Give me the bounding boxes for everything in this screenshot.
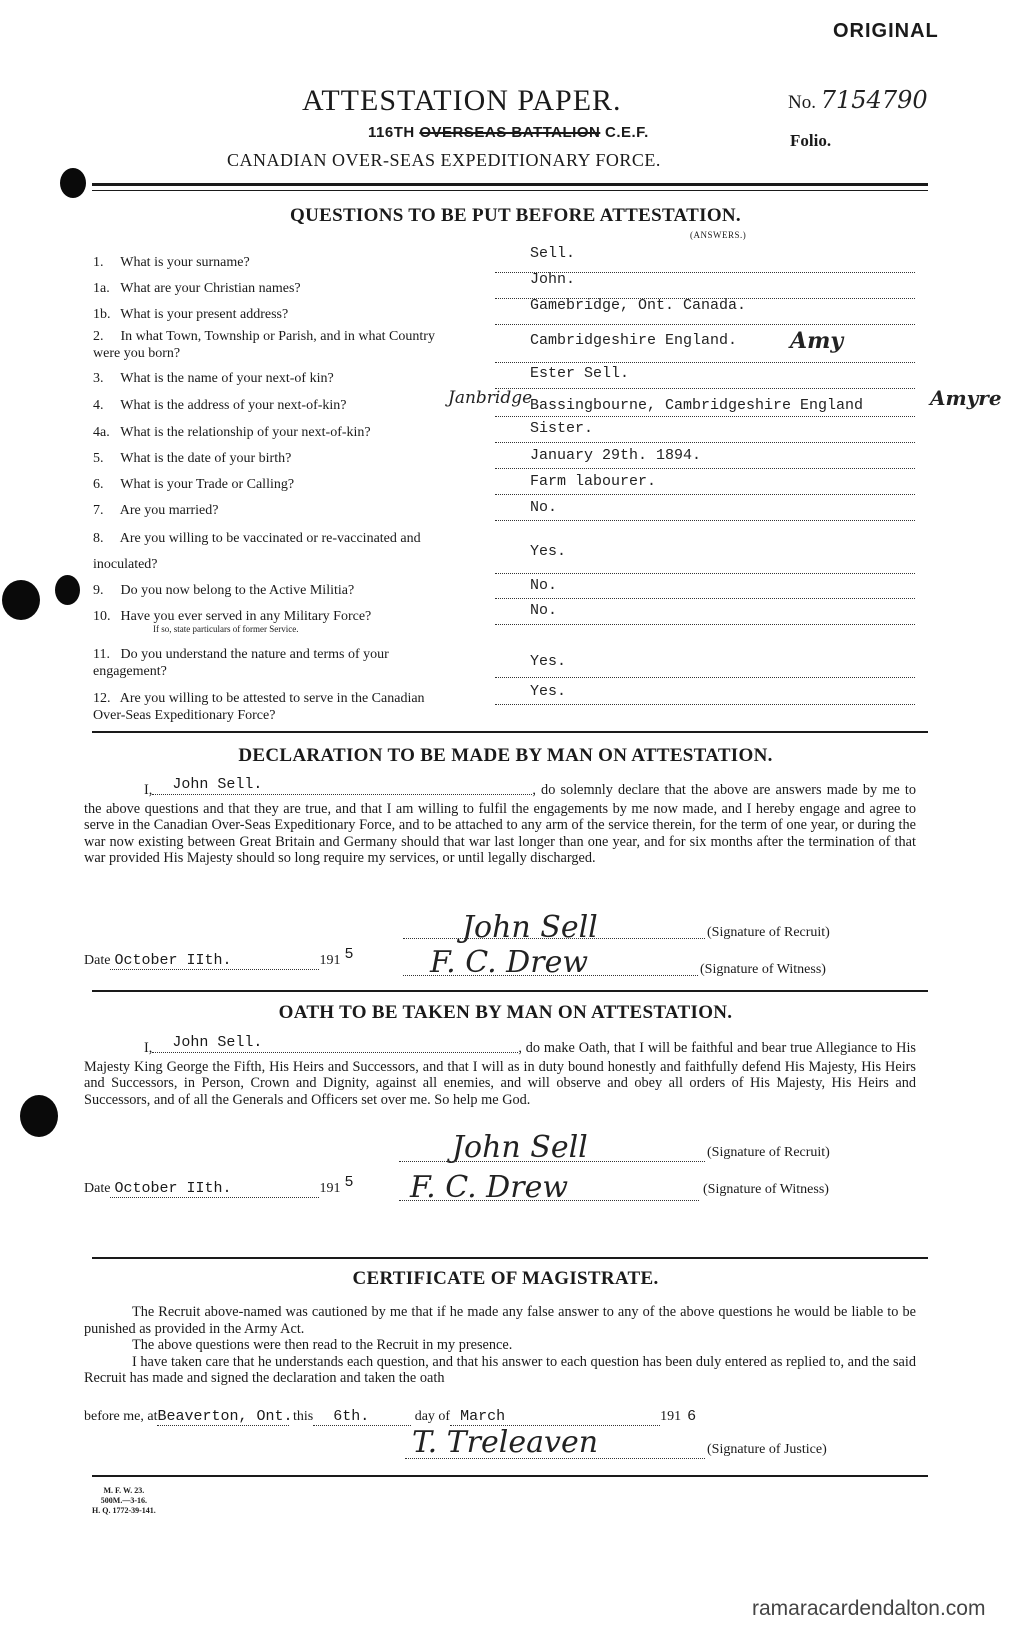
form-code: M. F. W. 23. 500M.—3-16. H. Q. 1772-39-1… xyxy=(92,1486,156,1516)
oath-witness-sig-line xyxy=(399,1200,699,1201)
answers-header: (ANSWERS.) xyxy=(690,230,746,240)
answer-line-11 xyxy=(495,677,915,678)
answer-6: Farm labourer. xyxy=(530,473,656,490)
punch-hole-middle-right xyxy=(55,575,80,605)
question-7: 7. Are you married? xyxy=(93,498,473,524)
answer-2: Cambridgeshire England. xyxy=(530,332,737,349)
question-8: 8. Are you willing to be vaccinated or r… xyxy=(93,526,463,578)
handwritten-prefix-q4: Janbridge xyxy=(448,388,532,408)
answer-line-6 xyxy=(495,494,915,495)
magistrate-day: 6th. xyxy=(313,1408,411,1426)
question-1b: 1b. What is your present address? xyxy=(93,302,473,328)
handwritten-initials-q2: Amy xyxy=(790,328,843,354)
magistrate-para-1: The Recruit above-named was cautioned by… xyxy=(84,1304,916,1337)
justice-sig-line xyxy=(405,1458,705,1459)
oath-bottom-rule xyxy=(92,1257,928,1259)
number-label: No. xyxy=(788,92,816,113)
answer-line-4a xyxy=(495,442,915,443)
answer-1: Sell. xyxy=(530,245,575,262)
question-6: 6. What is your Trade or Calling? xyxy=(93,472,473,498)
justice-label: (Signature of Justice) xyxy=(707,1442,827,1458)
answer-line-2 xyxy=(495,362,915,363)
declaration-prefix: I, xyxy=(84,782,152,798)
declaration-body: , do solemnly declare that the above are… xyxy=(84,782,916,866)
magistrate-section-title: CERTIFICATE OF MAGISTRATE. xyxy=(0,1268,1011,1290)
regimental-number: No. 7154790 xyxy=(788,86,928,114)
unit-designation: 116TH OVERSEAS BATTALION C.E.F. xyxy=(368,124,649,141)
number-value: 7154790 xyxy=(821,86,928,114)
declaration-recruit-label: (Signature of Recruit) xyxy=(707,925,830,941)
answer-line-10 xyxy=(495,624,915,625)
answer-7: No. xyxy=(530,499,557,516)
folio-label: Folio. xyxy=(790,131,831,151)
question-11: 11. Do you understand the nature and ter… xyxy=(93,646,463,680)
question-1: 1. What is your surname? xyxy=(93,250,473,276)
answer-line-1b xyxy=(495,324,915,325)
handwritten-initials-q4: Amyre xyxy=(930,386,1002,410)
header-rule-thin xyxy=(92,190,928,191)
magistrate-place: Beaverton, Ont. xyxy=(157,1408,289,1426)
magistrate-text: The Recruit above-named was cautioned by… xyxy=(84,1304,916,1387)
declaration-witness-label: (Signature of Witness) xyxy=(700,962,826,978)
answer-1a: John. xyxy=(530,271,575,288)
declaration-witness-sig-line xyxy=(403,975,698,976)
answer-line-8 xyxy=(495,573,915,574)
question-2: 2. In what Town, Township or Parish, and… xyxy=(93,328,463,362)
force-name: CANADIAN OVER-SEAS EXPEDITIONARY FORCE. xyxy=(227,150,661,171)
answer-line-7 xyxy=(495,520,915,521)
answer-line-5 xyxy=(495,468,915,469)
question-10: 10. Have you ever served in any Military… xyxy=(93,604,483,634)
punch-hole-lower xyxy=(20,1095,58,1137)
declaration-date-value: October IIth. xyxy=(110,952,319,970)
oath-witness-label: (Signature of Witness) xyxy=(703,1182,829,1198)
answer-line-9 xyxy=(495,598,915,599)
magistrate-month: March xyxy=(450,1408,660,1426)
answer-9: No. xyxy=(530,577,557,594)
declaration-name: John Sell. xyxy=(152,777,532,795)
answer-5: January 29th. 1894. xyxy=(530,447,701,464)
magistrate-para-3: I have taken care that he understands ea… xyxy=(84,1354,916,1387)
answer-8: Yes. xyxy=(530,543,566,560)
unit-prefix: 116TH xyxy=(368,124,415,141)
original-stamp: ORIGINAL xyxy=(833,20,939,43)
website-watermark: ramaracardendalton.com xyxy=(752,1597,985,1621)
declaration-text: I,John Sell., do solemnly declare that t… xyxy=(84,782,916,867)
declaration-date: DateOctober IIth.1915 xyxy=(84,952,353,970)
unit-suffix: C.E.F. xyxy=(605,124,649,141)
answer-3: Ester Sell. xyxy=(530,365,629,382)
answer-line-4 xyxy=(495,416,915,417)
answer-10: No. xyxy=(530,602,557,619)
oath-section-title: OATH TO BE TAKEN BY MAN ON ATTESTATION. xyxy=(0,1002,1011,1024)
answer-line-12 xyxy=(495,704,915,705)
oath-prefix: I, xyxy=(84,1040,152,1056)
oath-date-value: October IIth. xyxy=(110,1180,319,1198)
answer-4a: Sister. xyxy=(530,420,593,437)
header-rule xyxy=(92,183,928,186)
oath-recruit-sig-line xyxy=(399,1161,705,1162)
magistrate-para-2: The above questions were then read to th… xyxy=(84,1337,916,1354)
answer-1b: Gamebridge, Ont. Canada. xyxy=(530,297,746,314)
punch-hole-middle-left xyxy=(2,580,40,620)
question-4a: 4a. What is the relationship of your nex… xyxy=(93,420,473,446)
oath-date: DateOctober IIth.1915 xyxy=(84,1180,353,1198)
question-1a: 1a. What are your Christian names? xyxy=(93,276,473,302)
declaration-recruit-signature: John Sell xyxy=(462,910,598,945)
oath-name: John Sell. xyxy=(152,1035,518,1053)
document-title: ATTESTATION PAPER. xyxy=(302,84,622,118)
declaration-bottom-rule xyxy=(92,990,928,992)
answer-line-3 xyxy=(495,388,915,389)
magistrate-place-date: before me, atBeaverton, Ont. this6th. da… xyxy=(84,1408,696,1426)
question-12: 12. Are you willing to be attested to se… xyxy=(93,690,458,724)
question-10-note: If so, state particulars of former Servi… xyxy=(93,624,483,634)
magistrate-bottom-rule xyxy=(92,1475,928,1477)
oath-recruit-signature: John Sell xyxy=(452,1130,588,1165)
oath-text: I,John Sell., do make Oath, that I will … xyxy=(84,1040,916,1108)
questions-bottom-rule xyxy=(92,731,928,733)
declaration-section-title: DECLARATION TO BE MADE BY MAN ON ATTESTA… xyxy=(0,745,1011,767)
oath-recruit-label: (Signature of Recruit) xyxy=(707,1145,830,1161)
declaration-recruit-sig-line xyxy=(403,938,705,939)
questions-section-title: QUESTIONS TO BE PUT BEFORE ATTESTATION. xyxy=(0,205,1011,227)
unit-struck-text: OVERSEAS BATTALION xyxy=(419,124,600,141)
punch-hole-top xyxy=(60,168,86,198)
question-5: 5. What is the date of your birth? xyxy=(93,446,473,472)
question-9: 9. Do you now belong to the Active Milit… xyxy=(93,578,473,604)
question-3: 3. What is the name of your next-of kin? xyxy=(93,366,473,392)
answer-4: Bassingbourne, Cambridgeshire England xyxy=(530,397,863,414)
justice-signature: T. Treleaven xyxy=(412,1425,598,1460)
answer-12: Yes. xyxy=(530,683,566,700)
answer-11: Yes. xyxy=(530,653,566,670)
